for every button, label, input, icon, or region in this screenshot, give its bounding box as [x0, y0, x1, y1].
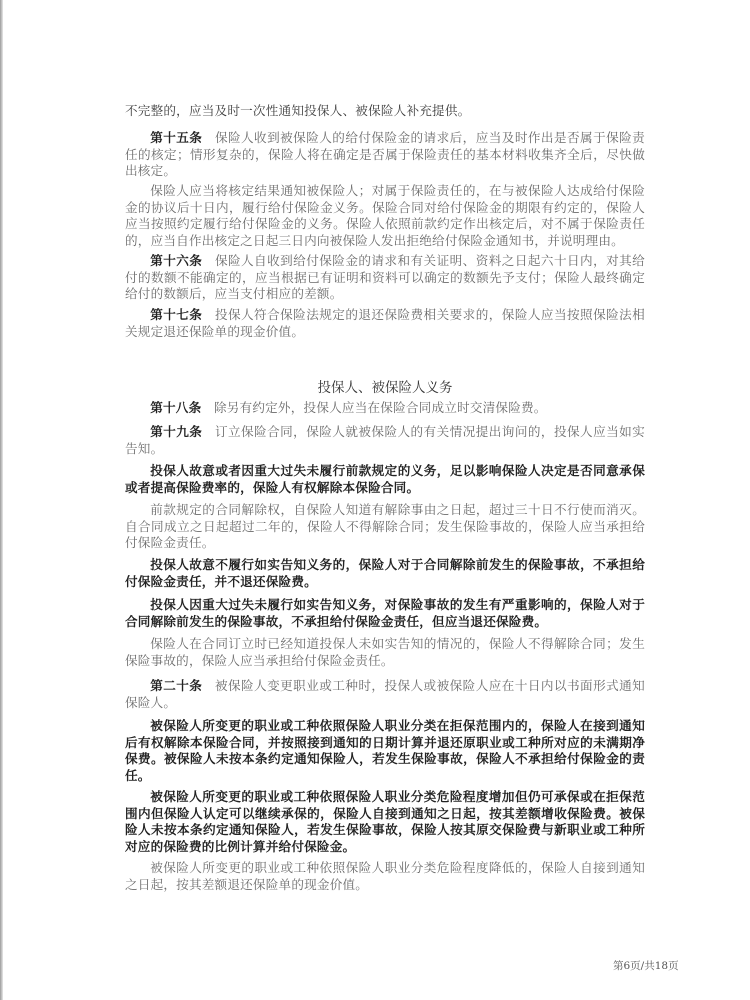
paragraph-text: 被保险人所变更的职业或工种依照保险人职业分类危险程度增加但仍可承保或在拒保范围内…	[125, 789, 645, 854]
paragraph-text: 被保险人变更职业或工种时，投保人或被保险人应在十日内以书面形式通知保险人。	[125, 678, 645, 710]
paragraph-text: 保险人自收到给付保险金的请求和有关证明、资料之日起六十日内，对其给付的数额不能确…	[125, 253, 645, 301]
article-17: 第十七条投保人符合保险法规定的退还保险费相关要求的，保险人应当按照保险法相关规定…	[125, 307, 645, 340]
article-number: 第二十条	[150, 678, 202, 693]
page-number: 第6页/共18页	[613, 958, 679, 973]
paragraph-text: 前款规定的合同解除权，自保险人知道有解除事由之日起，超过三十日不行使而消灭。自合…	[125, 502, 645, 550]
article-20-para-2: 被保险人所变更的职业或工种依照保险人职业分类在拒保范围内的，保险人在接到通知后有…	[125, 718, 645, 784]
article-19-para-6: 保险人在合同订立时已经知道投保人未如实告知的情况的，保险人不得解除合同；发生保险…	[125, 636, 645, 669]
paragraph-text: 保险人应当将核定结果通知被保险人；对属于保险责任的，在与被保险人达成给付保险金的…	[125, 183, 645, 248]
paragraph-text: 投保人符合保险法规定的退还保险费相关要求的，保险人应当按照保险法相关规定退还保险…	[125, 307, 645, 339]
paragraph-text: 被保险人所变更的职业或工种依照保险人职业分类在拒保范围内的，保险人在接到通知后有…	[125, 718, 645, 783]
article-number: 第十七条	[150, 307, 202, 322]
article-19: 第十九条订立保险合同，保险人就被保险人的有关情况提出询问的，投保人应当如实告知。	[125, 424, 645, 457]
article-15: 第十五条保险人收到被保险人的给付保险金的请求后，应当及时作出是否属于保险责任的核…	[125, 130, 645, 180]
paragraph-text: 订立保险合同，保险人就被保险人的有关情况提出询问的，投保人应当如实告知。	[125, 424, 645, 456]
paragraph-text: 投保人故意不履行如实告知义务的，保险人对于合同解除前发生的保险事故，不承担给付保…	[125, 557, 645, 589]
article-20-para-3: 被保险人所变更的职业或工种依照保险人职业分类危险程度增加但仍可承保或在拒保范围内…	[125, 789, 645, 855]
article-20-para-4: 被保险人所变更的职业或工种依照保险人职业分类危险程度降低的，保险人自接到通知之日…	[125, 860, 645, 893]
paragraph-text: 除另有约定外，投保人应当在保险合同成立时交清保险费。	[214, 400, 547, 415]
article-number: 第十六条	[150, 253, 202, 268]
paragraph-text: 不完整的，应当及时一次性通知投保人、被保险人补充提供。	[125, 103, 470, 118]
paragraph-text: 保险人在合同订立时已经知道投保人未如实告知的情况的，保险人不得解除合同；发生保险…	[125, 636, 645, 668]
paragraph-text: 投保人因重大过失未履行如实告知义务，对保险事故的发生有严重影响的，保险人对于合同…	[125, 597, 645, 629]
article-18: 第十八条除另有约定外，投保人应当在保险合同成立时交清保险费。	[125, 400, 645, 417]
paragraph-text: 被保险人所变更的职业或工种依照保险人职业分类危险程度降低的，保险人自接到通知之日…	[125, 860, 645, 892]
article-number: 第十九条	[150, 424, 202, 439]
article-15-para-2: 保险人应当将核定结果通知被保险人；对属于保险责任的，在与被保险人达成给付保险金的…	[125, 183, 645, 249]
paragraph-text: 投保人故意或者因重大过失未履行前款规定的义务，足以影响保险人决定是否同意承保或者…	[125, 463, 645, 495]
section-heading: 投保人、被保险人义务	[125, 376, 645, 396]
article-20: 第二十条被保险人变更职业或工种时，投保人或被保险人应在十日内以书面形式通知保险人…	[125, 678, 645, 711]
article-16: 第十六条保险人自收到给付保险金的请求和有关证明、资料之日起六十日内，对其给付的数…	[125, 253, 645, 303]
scan-edge	[0, 0, 3, 1000]
article-19-para-3: 前款规定的合同解除权，自保险人知道有解除事由之日起，超过三十日不行使而消灭。自合…	[125, 502, 645, 552]
article-number: 第十八条	[150, 400, 201, 415]
article-19-para-2: 投保人故意或者因重大过失未履行前款规定的义务，足以影响保险人决定是否同意承保或者…	[125, 463, 645, 496]
article-number: 第十五条	[150, 130, 202, 145]
paragraph-continuation: 不完整的，应当及时一次性通知投保人、被保险人补充提供。	[125, 103, 645, 120]
article-19-para-4: 投保人故意不履行如实告知义务的，保险人对于合同解除前发生的保险事故，不承担给付保…	[125, 557, 645, 590]
paragraph-text: 保险人收到被保险人的给付保险金的请求后，应当及时作出是否属于保险责任的核定；情形…	[125, 130, 645, 178]
article-19-para-5: 投保人因重大过失未履行如实告知义务，对保险事故的发生有严重影响的，保险人对于合同…	[125, 597, 645, 630]
